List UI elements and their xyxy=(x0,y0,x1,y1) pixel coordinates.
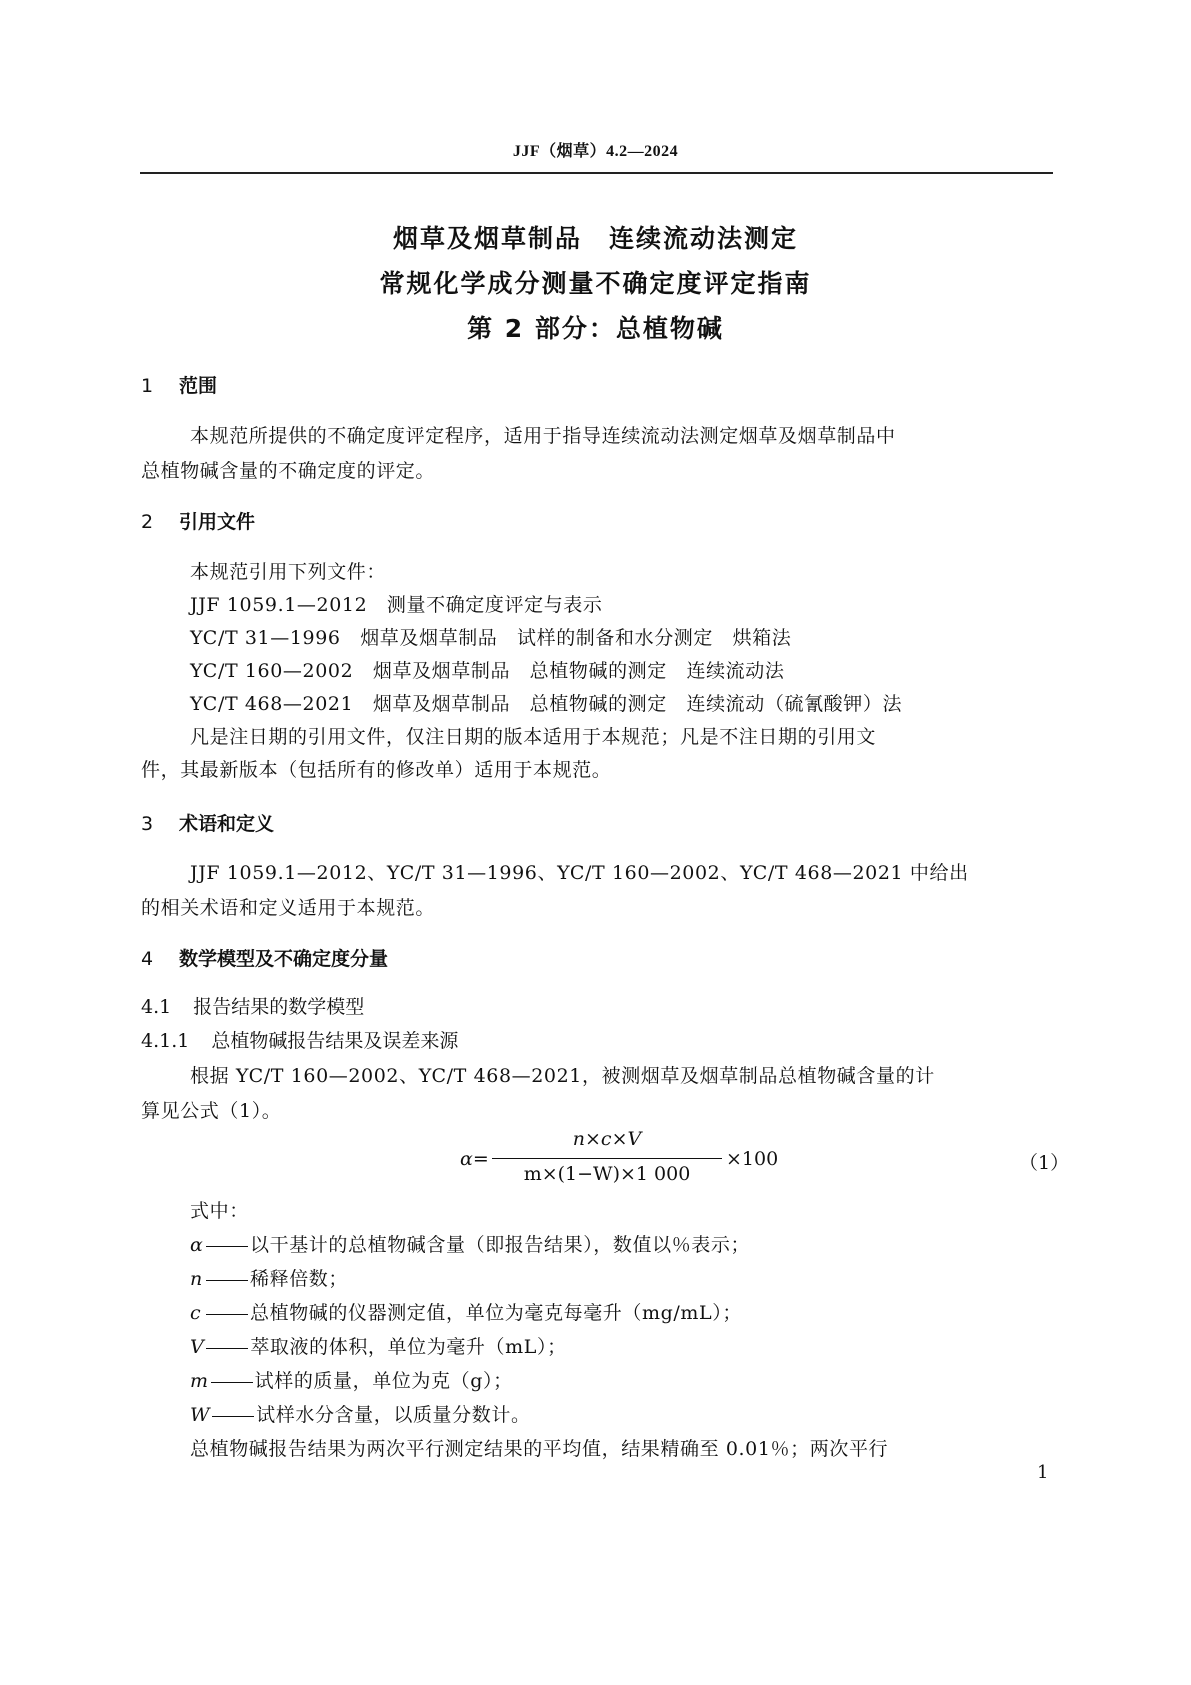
subsection-title: 报告结果的数学模型 xyxy=(193,996,364,1018)
section-title: 范围 xyxy=(179,375,217,397)
terms-paragraph-line-2: 的相关术语和定义适用于本规范。 xyxy=(141,893,435,920)
section-number: 3 xyxy=(141,813,179,835)
subsection-heading-4-1: 4.1报告结果的数学模型 xyxy=(141,992,364,1019)
variable-symbol: m xyxy=(190,1370,209,1392)
variable-definition-c: c总植物碱的仪器测定值，单位为毫克每毫升（mg/mL）； xyxy=(190,1298,742,1325)
document-title-line-2: 常规化学成分测量不确定度评定指南 xyxy=(0,264,1191,300)
variable-symbol: W xyxy=(190,1404,210,1426)
terms-paragraph-line-1: JJF 1059.1—2012、YC/T 31—1996、YC/T 160—20… xyxy=(190,858,969,885)
section-number: 1 xyxy=(141,375,179,397)
variable-description: 总植物碱的仪器测定值，单位为毫克每毫升（mg/mL）； xyxy=(250,1302,742,1324)
fraction-bar xyxy=(492,1158,722,1159)
scope-paragraph-line-2: 总植物碱含量的不确定度的评定。 xyxy=(141,456,435,483)
subsection-number: 4.1 xyxy=(141,996,171,1018)
scope-paragraph-line-1: 本规范所提供的不确定度评定程序，适用于指导连续流动法测定烟草及烟草制品中 xyxy=(190,421,896,448)
reference-item: YC/T 160—2002 烟草及烟草制品 总植物碱的测定 连续流动法 xyxy=(190,656,784,683)
formula-numerator: n×c×V xyxy=(492,1128,722,1154)
formula-rhs: ×100 xyxy=(726,1148,778,1170)
formula-denominator: m×(1−W)×1 000 xyxy=(492,1163,722,1185)
variable-symbol: c xyxy=(190,1302,204,1324)
section-number: 2 xyxy=(141,511,179,533)
variable-description: 以干基计的总植物碱含量（即报告结果），数值以％表示； xyxy=(250,1234,750,1256)
variable-definition-n: n稀释倍数； xyxy=(190,1264,348,1291)
variable-description: 试样水分含量，以质量分数计。 xyxy=(256,1404,530,1426)
equation-number: （1） xyxy=(1019,1148,1069,1175)
formula-lhs: α= xyxy=(460,1148,489,1170)
variable-symbol: V xyxy=(190,1336,204,1358)
section-heading-terms: 3术语和定义 xyxy=(141,809,274,836)
references-note-line-1: 凡是注日期的引用文件，仅注日期的版本适用于本规范；凡是不注日期的引用文 xyxy=(190,722,876,749)
formula-fraction: n×c×V m×(1−W)×1 000 xyxy=(492,1128,722,1185)
header-divider xyxy=(140,172,1053,174)
variable-definition-W: W试样水分含量，以质量分数计。 xyxy=(190,1400,531,1427)
variable-definition-m: m试样的质量，单位为克（g）； xyxy=(190,1366,513,1393)
variable-symbol: α xyxy=(190,1234,204,1256)
subsection-heading-4-1-1: 4.1.1总植物碱报告结果及误差来源 xyxy=(141,1026,458,1053)
standard-code-header: JJF（烟草）4.2—2024 xyxy=(0,138,1191,161)
subsection-title: 总植物碱报告结果及误差来源 xyxy=(211,1030,458,1052)
document-title-line-3: 第 2 部分：总植物碱 xyxy=(0,309,1191,345)
reference-item: JJF 1059.1—2012 测量不确定度评定与表示 xyxy=(190,590,603,617)
variable-description: 萃取液的体积，单位为毫升（mL）； xyxy=(250,1336,566,1358)
document-title-line-1: 烟草及烟草制品 连续流动法测定 xyxy=(0,219,1191,255)
variable-description: 稀释倍数； xyxy=(250,1268,348,1290)
model-paragraph-line-1: 根据 YC/T 160—2002、YC/T 468—2021，被测烟草及烟草制品… xyxy=(190,1061,935,1088)
em-dash xyxy=(206,1246,248,1247)
result-precision-line: 总植物碱报告结果为两次平行测定结果的平均值，结果精确至 0.01％；两次平行 xyxy=(190,1434,888,1461)
section-heading-references: 2引用文件 xyxy=(141,507,255,534)
variable-description: 试样的质量，单位为克（g）； xyxy=(255,1370,513,1392)
reference-item: YC/T 468—2021 烟草及烟草制品 总植物碱的测定 连续流动（硫氰酸钾）… xyxy=(190,689,902,716)
references-intro: 本规范引用下列文件： xyxy=(190,557,386,584)
section-title: 引用文件 xyxy=(179,511,255,533)
em-dash xyxy=(212,1416,254,1417)
em-dash xyxy=(206,1280,248,1281)
reference-item: YC/T 31—1996 烟草及烟草制品 试样的制备和水分测定 烘箱法 xyxy=(190,623,791,650)
em-dash xyxy=(206,1314,248,1315)
section-title: 数学模型及不确定度分量 xyxy=(179,948,388,970)
page-number: 1 xyxy=(1037,1462,1048,1483)
section-heading-scope: 1范围 xyxy=(141,371,217,398)
section-heading-model: 4数学模型及不确定度分量 xyxy=(141,944,388,971)
variable-definition-alpha: α以干基计的总植物碱含量（即报告结果），数值以％表示； xyxy=(190,1230,750,1257)
references-note-line-2: 件，其最新版本（包括所有的修改单）适用于本规范。 xyxy=(141,755,611,782)
em-dash xyxy=(211,1382,253,1383)
variable-symbol: n xyxy=(190,1268,204,1290)
em-dash xyxy=(206,1348,248,1349)
variable-definition-V: V萃取液的体积，单位为毫升（mL）； xyxy=(190,1332,567,1359)
model-paragraph-line-2: 算见公式（1）。 xyxy=(141,1096,281,1123)
section-number: 4 xyxy=(141,948,179,970)
subsection-number: 4.1.1 xyxy=(141,1030,189,1052)
document-page: JJF（烟草）4.2—2024 烟草及烟草制品 连续流动法测定 常规化学成分测量… xyxy=(0,0,1191,1685)
section-title: 术语和定义 xyxy=(179,813,274,835)
where-label: 式中： xyxy=(190,1196,249,1223)
